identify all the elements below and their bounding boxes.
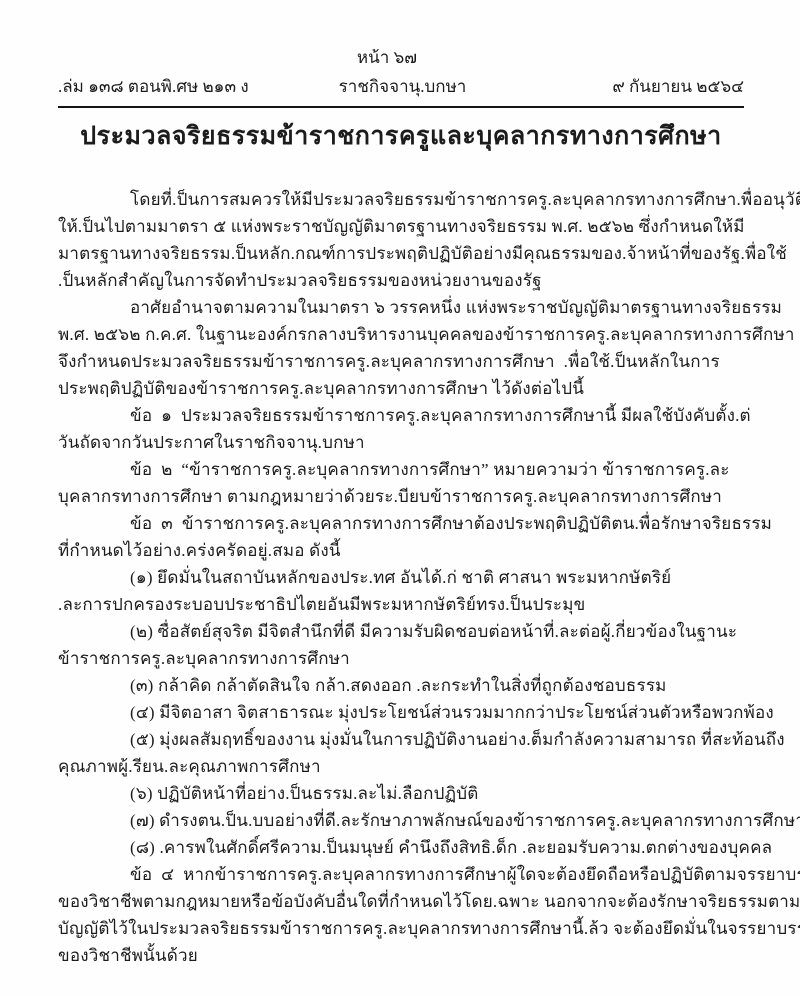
body-text-line: บุคลากรทางการศึกษา ตามกฎหมายว่าด้วยระ.บี…	[58, 483, 744, 510]
body-text-line: (๒) ซื่อสัตย์สุจริต มีจิตสำนึกที่ดี มีคว…	[58, 618, 744, 645]
body-text-line: (๓) กล้าคิด กล้าตัดสินใจ กล้า.สดงออก .ละ…	[58, 672, 744, 699]
gazette-header: หน้า ๖๗ .ล่ม ๑๓๘ ตอนพิ.ศษ ๒๑๓ ง ราชกิจจา…	[58, 46, 744, 108]
document-body: โดยที่.ป็นการสมควรให้มีประมวลจริยธรรมข้า…	[58, 186, 744, 969]
body-text-line: (๗) ดำรงตน.ป็น.บบอย่างที่ดี.ละรักษาภาพลั…	[58, 807, 744, 834]
body-text-line: วันถัดจากวันประกาศในราชกิจจานุ.บกษา	[58, 429, 744, 456]
body-text-line: (๖) ปฏิบัติหน้าที่อย่าง.ป็นธรรม.ละไม่.ลื…	[58, 780, 744, 807]
header-meta-row: .ล่ม ๑๓๘ ตอนพิ.ศษ ๒๑๓ ง ราชกิจจานุ.บกษา …	[58, 75, 744, 99]
body-text-line: ข้อ ๑ ประมวลจริยธรรมข้าราชการครู.ละบุคลา…	[58, 402, 744, 429]
body-text-line: ประพฤติปฏิบัติของข้าราชการครู.ละบุคลากรท…	[58, 375, 744, 402]
body-text-line: ข้าราชการครู.ละบุคลากรทางการศึกษา	[58, 645, 744, 672]
header-date-label: ๙ กันยายน ๒๕๖๔	[612, 75, 744, 99]
body-text-line: มาตรฐานทางจริยธรรม.ป็นหลัก.กณฑ์การประพฤต…	[58, 240, 744, 267]
body-text-line: ข้อ ๔ หากข้าราชการครู.ละบุคลากรทางการศึก…	[58, 861, 744, 888]
body-text-line: ที่กำหนดไว้อย่าง.คร่งครัดอยู่.สมอ ดังนี้	[58, 537, 744, 564]
body-text-line: ข้อ ๒ “ข้าราชการครู.ละบุคลากรทางการศึกษา…	[58, 456, 744, 483]
body-text-line: .ละการปกครองระบอบประชาธิปไตยอันมีพระมหาก…	[58, 591, 744, 618]
body-text-line: จึงกำหนดประมวลจริยธรรมข้าราชการครู.ละบุค…	[58, 348, 744, 375]
body-text-line: (๑) ยึดมั่นในสถาบันหลักของประ.ทศ อันได้.…	[58, 564, 744, 591]
body-text-line: (๘) .คารพในศักดิ์ศรีความ.ป็นมนุษย์ คำนึง…	[58, 834, 744, 861]
header-page-number: หน้า ๖๗	[44, 46, 730, 70]
body-text-line: ของวิชาชีพนั้นด้วย	[58, 942, 744, 969]
body-text-line: ข้อ ๓ ข้าราชการครู.ละบุคลากรทางการศึกษาต…	[58, 510, 744, 537]
body-text-line: พ.ศ. ๒๕๖๒ ก.ค.ศ. ในฐานะองค์กรกลางบริหารง…	[58, 321, 744, 348]
document-title: ประมวลจริยธรรมข้าราชการครูและบุคลากรทางก…	[58, 119, 744, 155]
body-text-line: .ป็นหลักสำคัญในการจัดทำประมวลจริยธรรมของ…	[58, 267, 744, 294]
body-text-line: ของวิชาชีพตามกฎหมายหรือข้อบังคับอื่นใดที…	[58, 888, 744, 915]
header-gazette-name: ราชกิจจานุ.บกษา	[221, 75, 585, 99]
body-text-line: (๕) มุ่งผลสัมฤทธิ์ของงาน มุ่งมั่นในการปฏ…	[58, 726, 744, 753]
body-text-line: คุณภาพผู้.รียน.ละคุณภาพการศึกษา	[58, 753, 744, 780]
body-text-line: อาศัยอำนาจตามความในมาตรา ๖ วรรคหนึ่ง แห่…	[58, 294, 744, 321]
header-rule-divider	[58, 106, 744, 108]
body-text-line: (๔) มีจิตอาสา จิตสาธารณะ มุ่งประโยชน์ส่ว…	[58, 699, 744, 726]
body-text-line: โดยที่.ป็นการสมควรให้มีประมวลจริยธรรมข้า…	[58, 186, 744, 213]
body-text-line: บัญญัติไว้ในประมวลจริยธรรมข้าราชการครู.ล…	[58, 915, 744, 942]
body-text-line: ให้.ป็นไปตามมาตรา ๕ แห่งพระราชบัญญัติมาต…	[58, 213, 744, 240]
gazette-page: หน้า ๖๗ .ล่ม ๑๓๘ ตอนพิ.ศษ ๒๑๓ ง ราชกิจจา…	[0, 0, 800, 996]
